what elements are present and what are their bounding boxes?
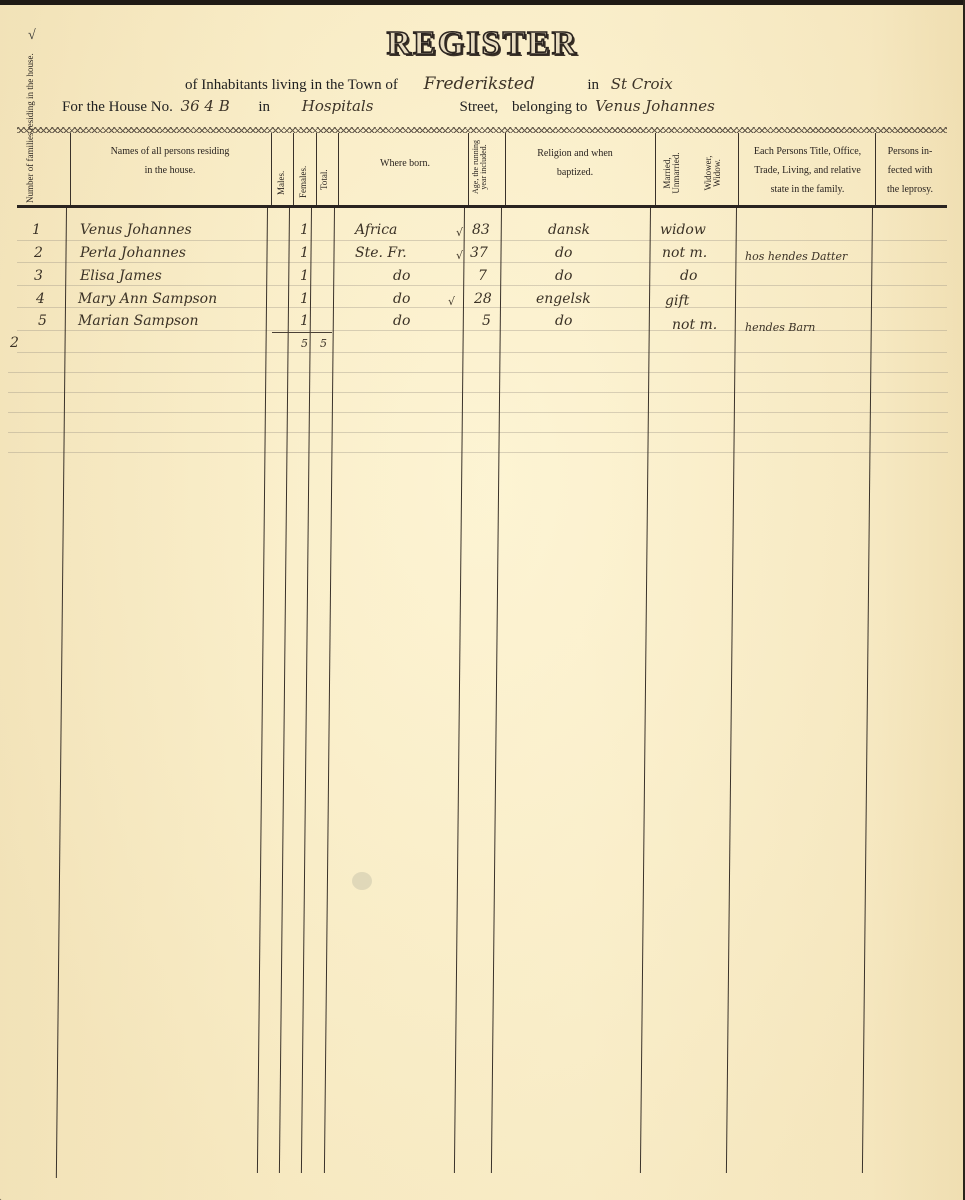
row-1-name: Venus Johannes	[80, 222, 192, 238]
row-1-number: 1	[32, 222, 41, 238]
header-religion-line2: baptized.	[505, 163, 645, 182]
header-divider	[316, 133, 317, 205]
belonging-label: belonging to	[512, 99, 587, 116]
row-4-born-mark: √	[448, 295, 455, 308]
total-females: 5	[301, 337, 308, 350]
row-5-name: Marian Sampson	[78, 313, 198, 329]
total-persons: 5	[320, 337, 327, 350]
header-names-line2: in the house.	[70, 161, 270, 180]
header-total: Total.	[320, 169, 329, 190]
header-divider	[738, 133, 739, 205]
row-line	[8, 432, 948, 433]
row-2-name: Perla Johannes	[80, 245, 186, 261]
scan-top-edge	[0, 0, 965, 5]
row-line	[17, 352, 947, 353]
row-3-number: 3	[34, 268, 43, 284]
row-line	[17, 240, 947, 241]
row-2-religion: do	[555, 245, 572, 261]
row-5-number: 5	[38, 313, 47, 329]
town-value: Frederiksted	[424, 74, 574, 94]
header-divider	[338, 133, 339, 205]
row-5-title: hendes Barn	[745, 321, 815, 334]
row-2-number: 2	[34, 245, 43, 261]
row-2-marital: not m.	[662, 245, 707, 261]
header-title-line3: state in the family.	[740, 180, 875, 199]
row-4-marital: gift	[665, 293, 689, 309]
header-divider	[505, 133, 506, 205]
header-names-line1: Names of all persons residing	[70, 142, 270, 161]
row-5-religion: do	[555, 313, 572, 329]
row-1-age: 83	[472, 222, 490, 238]
header-families: Number of families residing in the house…	[26, 133, 35, 203]
island-value: St Croix	[611, 75, 673, 93]
row-4-number: 4	[36, 291, 45, 307]
header-divider	[875, 133, 876, 205]
row-line	[17, 307, 947, 308]
row-line	[8, 412, 948, 413]
street-label: Street,	[460, 99, 499, 116]
header-title-line1: Each Persons Title, Office,	[740, 142, 875, 161]
total-families: 2	[10, 335, 19, 351]
row-4-age: 28	[474, 291, 492, 307]
row-3-religion: do	[555, 268, 572, 284]
header-leprosy-line1: Persons in-	[875, 142, 945, 161]
header-leprosy-line3: the leprosy.	[875, 180, 945, 199]
row-line	[8, 452, 948, 453]
header-leprosy: Persons in- fected with the leprosy.	[875, 142, 945, 199]
column-line	[56, 208, 67, 1178]
row-2-born-mark: √	[456, 249, 463, 262]
header-leprosy-line2: fected with	[875, 161, 945, 180]
row-4-born: do	[393, 291, 410, 307]
row-2-born: Ste. Fr.	[355, 245, 407, 261]
town-line-prefix: of Inhabitants living in the Town of	[185, 77, 398, 93]
header-divider	[70, 133, 71, 205]
row-5-age: 5	[482, 313, 491, 329]
header-divider	[293, 133, 294, 205]
row-1-born-mark: √	[456, 226, 463, 239]
header-males: Males.	[277, 171, 286, 195]
row-line	[8, 372, 948, 373]
town-line: of Inhabitants living in the Town of Fre…	[185, 74, 673, 94]
row-2-age: 37	[470, 245, 488, 261]
row-3-marital: do	[680, 268, 697, 284]
owner-value: Venus Johannes	[595, 97, 715, 115]
house-line: For the House No. 36 4 B in Hospitals St…	[62, 97, 715, 116]
row-5-born: do	[393, 313, 410, 329]
row-5-females: 1	[300, 313, 309, 329]
header-widower: Widower, Widow.	[704, 142, 723, 204]
house-line-in: in	[258, 99, 270, 116]
header-title-line2: Trade, Living, and relative	[740, 161, 875, 180]
header-females: Females.	[299, 166, 308, 198]
house-line-prefix: For the House No.	[62, 99, 173, 115]
header-names: Names of all persons residing in the hou…	[70, 142, 270, 180]
row-4-females: 1	[300, 291, 309, 307]
header-religion-line1: Religion and when	[505, 144, 645, 163]
row-line	[8, 392, 948, 393]
row-5-marital: not m.	[672, 317, 717, 333]
header-bottom-rule	[17, 205, 947, 208]
totals-underline	[272, 332, 332, 333]
row-3-name: Elisa James	[80, 268, 162, 284]
row-1-females: 1	[300, 222, 309, 238]
row-1-marital: widow	[660, 222, 706, 238]
header-age: Age, the running year included.	[472, 134, 489, 200]
row-2-title: hos hendes Datter	[745, 250, 847, 263]
row-3-age: 7	[478, 268, 487, 284]
row-4-name: Mary Ann Sampson	[78, 291, 217, 307]
house-number-value: 36 4 B	[181, 97, 241, 115]
register-page: √ REGISTER of Inhabitants living in the …	[0, 0, 965, 1200]
row-1-born: Africa	[355, 222, 397, 238]
row-3-females: 1	[300, 268, 309, 284]
header-divider	[655, 133, 656, 205]
header-married: Married, Unmarried.	[663, 142, 682, 204]
paper-stain	[352, 872, 372, 890]
header-religion: Religion and when baptized.	[505, 144, 645, 182]
row-2-females: 1	[300, 245, 309, 261]
page-title: REGISTER	[0, 25, 965, 63]
row-4-religion: engelsk	[536, 291, 591, 307]
street-value: Hospitals	[302, 97, 432, 115]
header-title: Each Persons Title, Office, Trade, Livin…	[740, 142, 875, 199]
row-3-born: do	[393, 268, 410, 284]
town-line-in: in	[587, 77, 599, 94]
header-where-born: Where born.	[340, 154, 470, 173]
header-divider	[468, 133, 469, 205]
header-divider	[271, 133, 272, 205]
row-line	[17, 285, 947, 286]
ornamental-border	[17, 127, 947, 133]
row-1-religion: dansk	[548, 222, 590, 238]
